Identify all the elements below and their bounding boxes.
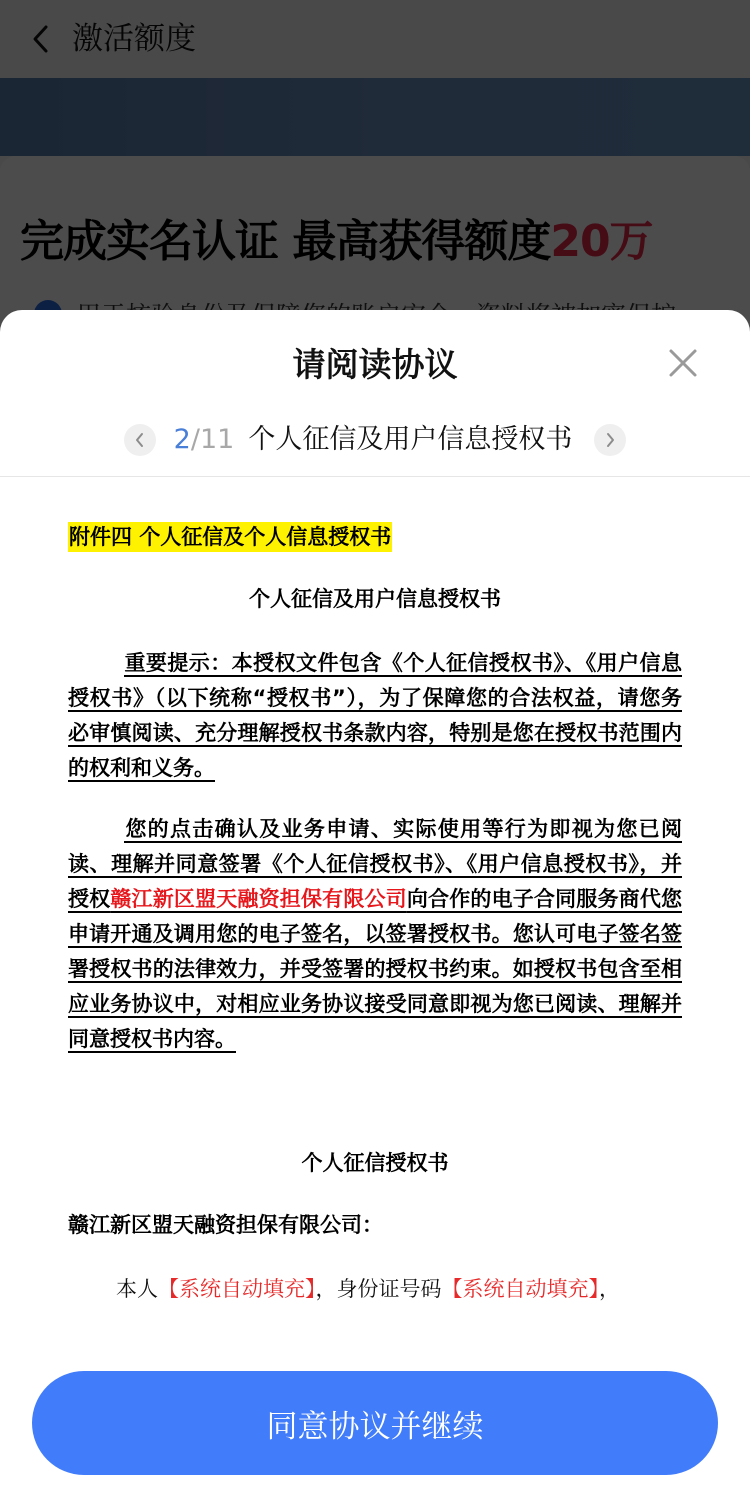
important-notice-paragraph: 重要提示：本授权文件包含《个人征信授权书》、《用户信息授权书》（以下统称“授权书… <box>68 646 682 786</box>
document-content[interactable]: 附件四 个人征信及个人信息授权书 个人征信及用户信息授权书 重要提示：本授权文件… <box>68 478 682 1338</box>
fill-prefix: 本人 <box>116 1277 158 1301</box>
chevron-right-icon <box>603 432 617 448</box>
fill-suffix: ， <box>599 1277 620 1301</box>
id-number-placeholder: 【系统自动填充】 <box>442 1277 600 1301</box>
close-button[interactable] <box>664 344 702 382</box>
document-pager: 2/11 个人征信及用户信息授权书 <box>0 416 750 464</box>
document-name: 个人征信及用户信息授权书 <box>248 420 572 460</box>
next-document-button[interactable] <box>594 424 626 456</box>
page-current: 2 <box>174 424 191 455</box>
name-placeholder: 【系统自动填充】 <box>158 1277 316 1301</box>
chevron-left-icon <box>133 432 147 448</box>
sheet-title: 请阅读协议 <box>0 340 750 390</box>
agree-continue-button[interactable]: 同意协议并继续 <box>32 1371 718 1475</box>
paragraph1-text: 重要提示：本授权文件包含《个人征信授权书》、《用户信息授权书》（以下统称“授权书… <box>68 651 682 780</box>
company-name-highlight: 赣江新区盟天融资担保有限公司 <box>110 887 407 911</box>
agreement-sheet: 请阅读协议 2/11 个人征信及用户信息授权书 附件四 个人征信及个人信息授权书… <box>0 310 750 1492</box>
close-icon <box>664 344 702 382</box>
page-indicator: 2/11 <box>174 420 235 460</box>
prev-document-button[interactable] <box>124 424 156 456</box>
header-divider <box>0 476 750 477</box>
fill-middle: ，身份证号码 <box>316 1277 442 1301</box>
addressee: 赣江新区盟天融资担保有限公司： <box>68 1210 383 1240</box>
document-title: 个人征信及用户信息授权书 <box>68 584 682 614</box>
paragraph2-text-after: 向合作的电子合同服务商代您申请开通及调用您的电子签名，以签署授权书。您认可电子签… <box>68 887 682 1051</box>
page-total: 11 <box>200 424 234 455</box>
consent-paragraph: 您的点击确认及业务申请、实际使用等行为即视为您已阅读、理解并同意签署《个人征信授… <box>68 812 682 1057</box>
section-title: 个人征信授权书 <box>68 1148 682 1178</box>
annex-heading: 附件四 个人征信及个人信息授权书 <box>68 522 392 552</box>
page-separator: / <box>191 424 200 455</box>
identity-fill-line: 本人【系统自动填充】，身份证号码【系统自动填充】， <box>116 1274 620 1304</box>
